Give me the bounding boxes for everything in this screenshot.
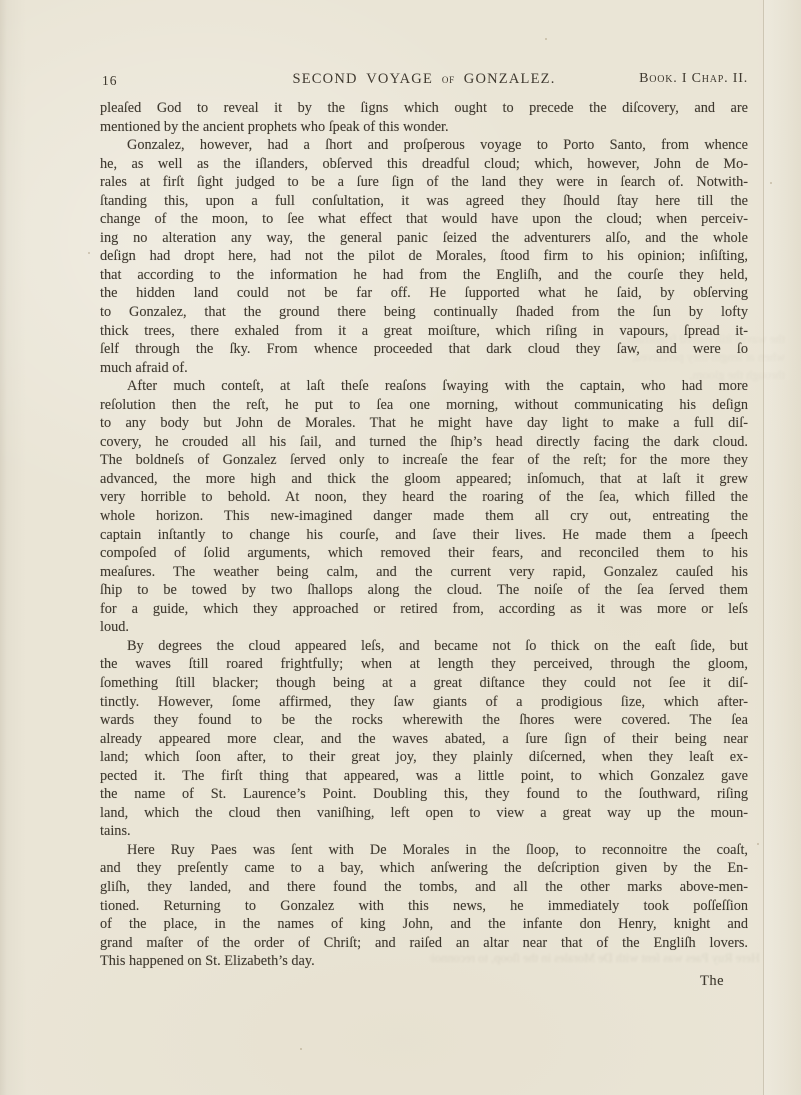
text-line: wards they found to be the rocks wherewi… [100,711,748,730]
text-line: ſtanding this, upon a full conſultation,… [100,192,748,211]
paper-speck [545,38,547,40]
text-line: land, which the cloud then vaniſhing, le… [100,804,748,823]
running-title-name: GONZALEZ. [464,71,556,87]
book-page: 16 SECOND VOYAGE of GONZALEZ. Book. I Ch… [0,0,801,1095]
text-line: gliſh, they landed, and there found the … [100,878,748,897]
text-line: pected it. The firſt thing that appeared… [100,767,748,786]
text-line: covery, he crouded all his ſail, and tur… [100,433,748,452]
text-line: grand maſter of the order of Chriſt; and… [100,934,748,953]
text-line: By degrees the cloud appeared leſs, and … [100,637,748,656]
text-line: reſolution then the reſt, he put to ſea … [100,396,748,415]
text-line: and they preſently came to a bay, which … [100,859,748,878]
text-line: meaſures. The weather being calm, and th… [100,563,748,582]
text-line: After much conteſt, at laſt theſe reaſon… [100,377,748,396]
text-line: rales at firſt ſight judged to be a ſure… [100,173,748,192]
text-line: ſelf through the ſky. From whence procee… [100,340,748,359]
text-line: pleaſed God to reveal it by the ſigns wh… [100,99,748,118]
text-line: loud. [100,618,748,637]
text-line: he, as well as the iſlanders, obſerved t… [100,155,748,174]
text-line: captain inſtantly to change his courſe, … [100,526,748,545]
book-chapter-reference: Book. I Chap. II. [639,69,748,89]
paper-speck [757,843,759,845]
text-line: This happened on St. Elizabeth’s day. [100,952,748,971]
text-line: the hidden land could not be far off. He… [100,284,748,303]
page-edge-margin [764,0,801,1095]
text-line: to Gonzalez, that the ground there being… [100,303,748,322]
paper-speck [770,182,772,184]
catchword: The [700,973,724,990]
text-line: to any body but John de Morales. That he… [100,414,748,433]
text-line: ing no alteration any way, the general p… [100,229,748,248]
text-line: that according to the information he had… [100,266,748,285]
text-line: very horrible to behold. At noon, they h… [100,488,748,507]
running-header: 16 SECOND VOYAGE of GONZALEZ. Book. I Ch… [100,69,748,91]
text-line: Gonzalez, however, had a ſhort and proſp… [100,136,748,155]
text-line: the waves ſtill roared frightfully; when… [100,655,748,674]
text-line: the name of St. Laurence’s Point. Doubli… [100,785,748,804]
text-line: of the place, in the names of king John,… [100,915,748,934]
text-line: compoſed of ſolid arguments, which remov… [100,544,748,563]
text-line: much afraid of. [100,359,748,378]
text-line: tains. [100,822,748,841]
running-title-main: SECOND VOYAGE [292,71,433,87]
text-block: pleaſed God to reveal it by the ſigns wh… [100,99,748,971]
text-line: mentioned by the ancient prophets who ſp… [100,118,748,137]
paper-speck [300,1048,302,1050]
text-line: already appeared more clear, and the wav… [100,730,748,749]
paper-speck [88,252,90,254]
text-line: change of the moon, to ſee what effect t… [100,210,748,229]
text-line: thick trees, there exhaled from it a gre… [100,322,748,341]
text-line: whole horizon. This new-imagined danger … [100,507,748,526]
text-line: ſomething ſtill blacker; though being at… [100,674,748,693]
running-title-of: of [442,71,455,86]
text-line: tioned. Returning to Gonzalez with this … [100,897,748,916]
text-line: Here Ruy Paes was ſent with De Morales i… [100,841,748,860]
text-line: tinctly. However, ſome affirmed, they ſa… [100,693,748,712]
text-line: advanced, the more high and thick the gl… [100,470,748,489]
text-line: deſign had dropt here, had not the pilot… [100,247,748,266]
text-line: The boldneſs of Gonzalez ſerved only to … [100,451,748,470]
text-line: ſhip to be towed by two ſhallops along t… [100,581,748,600]
text-line: for a guide, which they approached or re… [100,600,748,619]
text-line: land; which ſoon after, to their great j… [100,748,748,767]
